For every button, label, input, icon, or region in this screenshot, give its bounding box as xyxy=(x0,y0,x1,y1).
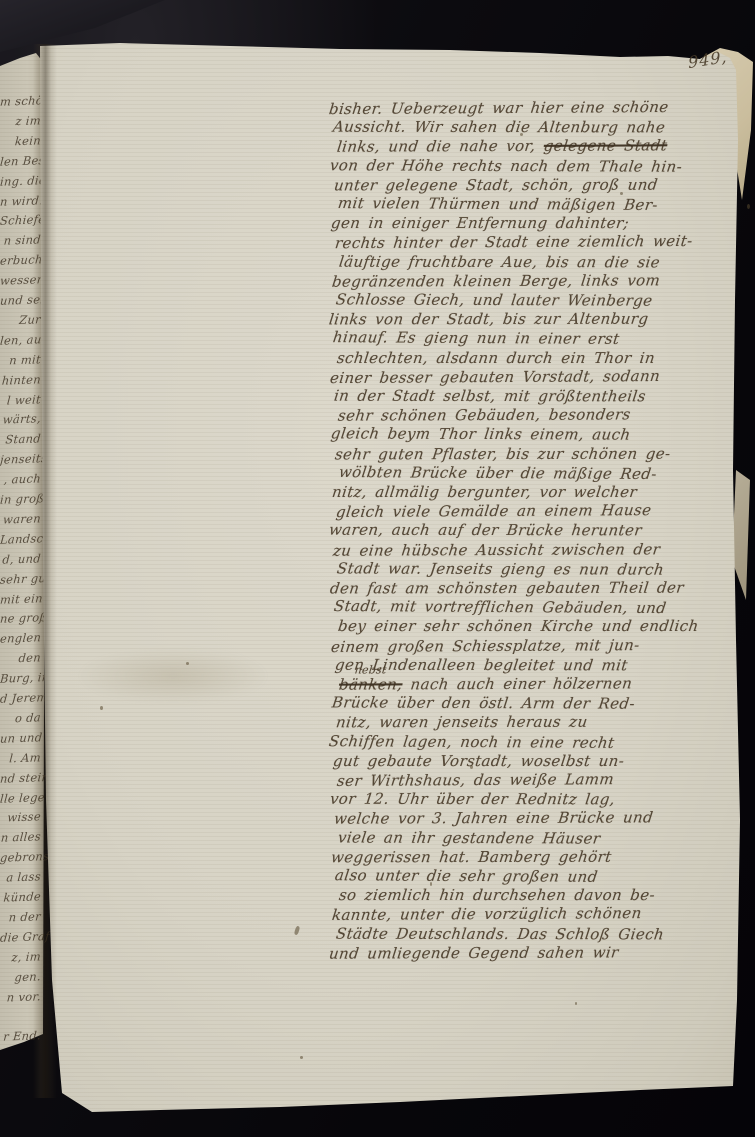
text-line: von der Höhe rechts nach dem Thale hin- xyxy=(329,156,684,176)
text-line: Schiffen lagen, noch in eine recht xyxy=(328,732,616,753)
facing-page-text-fragment: un und xyxy=(0,730,41,745)
struck-through-text: bänken, xyxy=(338,675,404,693)
facing-page-text-fragment: Schiefer xyxy=(0,213,41,228)
text-line: kannte, unter die vorzüglich schönen xyxy=(331,904,643,925)
facing-page-text-fragment: und sehr xyxy=(0,292,41,307)
ink-showthrough-smudge xyxy=(78,648,268,704)
text-line: schlechten, alsdann durch ein Thor in xyxy=(336,349,656,368)
text-line: sehr guten Pflaster, bis zur schönen ge- xyxy=(334,444,672,464)
facing-page-text-fragment: d, und xyxy=(0,551,41,566)
facing-page-text-fragment: len Besch. xyxy=(0,153,41,168)
text-line: waren, auch auf der Brücke herunter xyxy=(328,521,643,541)
facing-page-text-fragment: Zur xyxy=(0,312,41,327)
text-line: unter gelegene Stadt, schön, groß und xyxy=(333,175,659,195)
paper-speck xyxy=(186,662,189,665)
text-line: begränzenden kleinen Berge, links vom xyxy=(331,271,661,291)
text-line: bisher. Ueberzeugt war hier eine schöne xyxy=(328,98,670,119)
facing-page-text-fragment: hinten xyxy=(0,372,41,387)
text-line: und umliegende Gegend sahen wir xyxy=(328,943,620,963)
facing-page-text-fragment: englen xyxy=(0,631,41,646)
text-line: links von der Stadt, bis zur Altenburg xyxy=(328,310,650,330)
text-line: also unter die sehr großen und xyxy=(334,866,599,887)
paper-speck xyxy=(100,706,103,710)
text-line: gleich viele Gemälde an einem Hause xyxy=(335,501,653,522)
facing-page-text-fragment: n alles xyxy=(0,830,41,845)
text-line: gen in einiger Entfernung dahinter; xyxy=(330,214,630,233)
text-line: in der Stadt selbst, mit größtentheils xyxy=(333,387,647,407)
text-line: vor 12. Uhr über der Rednitz lag, xyxy=(329,790,616,810)
text-line: sehr schönen Gebäuden, besonders xyxy=(337,406,632,426)
text-line: zu eine hübsche Aussicht zwischen der xyxy=(332,540,662,560)
inserted-word-above-line: nebst xyxy=(354,664,387,675)
facing-page-text-fragment: Burg, in xyxy=(0,670,41,685)
facing-page-text-fragment: wessen xyxy=(0,272,41,287)
text-line: nitz, waren jenseits heraus zu xyxy=(335,713,589,733)
text-line: gut gebaute Vorstadt, woselbst un- xyxy=(332,752,626,771)
facing-page-text-fragment: n vor. xyxy=(0,989,41,1004)
text-line: weggerissen hat. Bamberg gehört xyxy=(330,848,613,868)
facing-page-text-fragment: r End. xyxy=(0,1029,41,1044)
paper-speck xyxy=(747,204,750,209)
text-line: bänken, nach auch einer hölzernennebst xyxy=(338,674,633,694)
facing-page-text-fragment: z, im xyxy=(0,949,41,964)
paper-speck xyxy=(300,1056,303,1059)
facing-page-text-fragment: mit ein xyxy=(0,591,41,606)
text-line: nitz, allmälig bergunter, vor welcher xyxy=(331,483,638,502)
facing-page-text-fragment: ne große xyxy=(0,611,41,626)
facing-page-text-fragment: Stand xyxy=(0,432,41,447)
facing-page-text-fragment: wisse xyxy=(0,810,41,825)
book-scan: m schönz imkeinlen Besch.ing. dien wird.… xyxy=(0,0,755,1137)
facing-page-text-fragment: in große xyxy=(0,491,41,506)
facing-page-text-fragment: , auch xyxy=(0,471,41,486)
text-line: Aussicht. Wir sahen die Altenburg nahe xyxy=(332,118,667,138)
text-line: Brücke über den östl. Arm der Red- xyxy=(331,694,636,714)
text-line: läuftige fruchtbare Aue, bis an die sie xyxy=(338,252,661,272)
text-line: gleich beym Thor links einem, auch xyxy=(330,425,632,445)
facing-page-text-fragment: waren xyxy=(0,511,41,526)
facing-page-text-fragment: jenseits xyxy=(0,451,41,466)
facing-page-text-fragment: m schön xyxy=(0,93,41,108)
facing-page-text-fragment: l weit xyxy=(0,392,41,407)
text-line: hinauf. Es gieng nun in einer erst xyxy=(332,328,621,349)
facing-page-text-fragment: lle lege xyxy=(0,790,41,805)
text-line: einer besser gebauten Vorstadt, sodann xyxy=(329,367,661,388)
text-line: Stadt, mit vortrefflichen Gebäuden, und xyxy=(333,597,668,618)
facing-page-text-fragment: erbuch xyxy=(0,252,41,267)
facing-page-text-fragment: d Jerem xyxy=(0,690,41,705)
text-line: ser Wirthshaus, das weiße Lamm xyxy=(336,770,615,791)
facing-page-text-fragment: l. Am xyxy=(0,750,41,765)
facing-page-text-fragment: z im xyxy=(0,113,41,128)
text-line: Schlosse Giech, und lauter Weinberge xyxy=(335,290,654,310)
facing-page-text-fragment: den xyxy=(0,650,41,665)
facing-page-text-fragment: wärts, xyxy=(0,412,41,427)
text-line: Stadt war. Jenseits gieng es nun durch xyxy=(336,559,665,579)
text-line: bey einer sehr schönen Kirche und endlic… xyxy=(337,617,700,636)
facing-page-text-fragment: kein xyxy=(0,133,41,148)
text-line: so ziemlich hin durchsehen davon be- xyxy=(338,886,656,905)
facing-page-text-fragment: Landsch. xyxy=(0,531,41,546)
facing-page-text-fragment: n mit xyxy=(0,352,41,367)
facing-page-text-fragment: n sind xyxy=(0,233,41,248)
facing-page-text-fragment: a lass xyxy=(0,869,41,884)
facing-page-text-fragment: n der xyxy=(0,909,41,924)
facing-page-text-fragment: sehr gut. xyxy=(0,571,41,586)
text-line: welche vor 3. Jahren eine Brücke und xyxy=(333,809,654,829)
struck-through-text: gelegene Stadt xyxy=(543,137,669,156)
text-line: Städte Deutschlands. Das Schloß Giech xyxy=(335,924,665,944)
facing-page-text-fragment: gen. xyxy=(0,969,41,984)
facing-page-text-fragment: die Graf xyxy=(0,929,41,944)
facing-page-text-fragment: künde xyxy=(0,889,41,904)
facing-page-text-fragment: ing. die xyxy=(0,173,41,188)
text-line: den fast am schönsten gebauten Theil der xyxy=(329,579,685,599)
facing-page-text-fragment: len, auch xyxy=(0,332,41,347)
text-line: rechts hinter der Stadt eine ziemlich we… xyxy=(334,232,694,253)
facing-page-text-fragment: nd stein xyxy=(0,770,41,785)
text-line: links, und die nahe vor, gelegene Stadt xyxy=(336,137,668,157)
text-line: viele an ihr gestandene Häuser xyxy=(337,828,602,848)
facing-page-text-fragment: n wird. xyxy=(0,193,41,208)
facing-page-text-fragment: gebrons xyxy=(0,849,41,864)
text-line: mit vielen Thürmen und mäßigen Ber- xyxy=(337,194,659,215)
paper-speck xyxy=(575,1002,577,1005)
text-line: wölbten Brücke über die mäßige Red- xyxy=(338,463,658,484)
text-line: einem großen Schiessplatze, mit jun- xyxy=(330,636,641,657)
facing-page-text-fragment: o da xyxy=(0,710,41,725)
